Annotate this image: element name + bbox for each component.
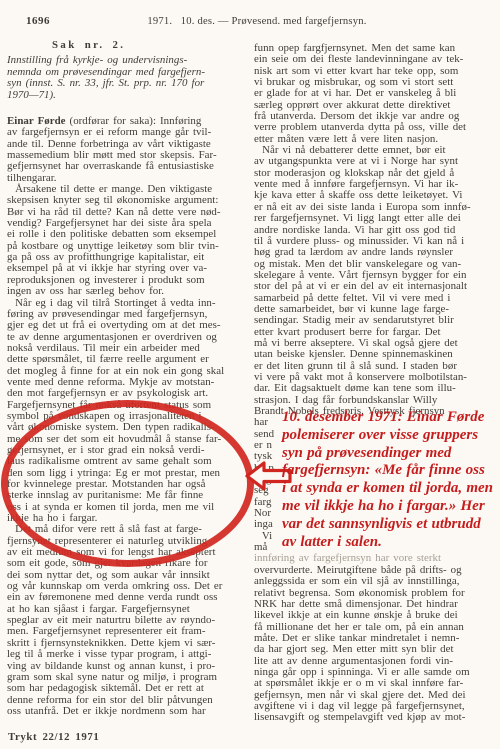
text-line: fargefjernsyn: «Me får finne oss [282, 462, 498, 480]
text-line: lisensavgift og stempelavgift ved kjøp a… [254, 712, 494, 723]
text-line: 1970—71). [7, 90, 245, 102]
running-title: 1971. 10. des. — Prøvesend. med fargefje… [0, 16, 500, 27]
text-line: høg grad ta lærdom av andre lands røynsl… [254, 247, 494, 258]
text-line: i at synda er komen til jorda, men [282, 480, 498, 498]
text-line: som har pedagogisk siktemål. Det er rett… [7, 683, 245, 694]
text-line: av latter i salen. [282, 534, 498, 552]
text-line: ingen av oss har særleg behov for. [7, 286, 245, 297]
text-line: sterke innslag av puritanisme: Me får fi… [7, 490, 245, 501]
text-line: at spørsmålet ikkje er o m vi skal innfø… [254, 678, 494, 689]
text-line: dette spørsmålet, til færre reelle argum… [7, 354, 245, 365]
margin-annotation: 10. desember 1971: Einar Førdepolemisere… [282, 409, 498, 551]
case-heading: Sak nr. 2. [52, 39, 125, 51]
case-citation: Innstilling frå kyrkje- og undervisnings… [7, 55, 245, 102]
text-line: me vil ikkje ha ho i fargar.» Her [282, 498, 498, 516]
text-line: Innstilling frå kyrkje- og undervisnings… [7, 55, 245, 67]
text-line: sendingar. Stadig meir av sendarutstyret… [254, 315, 494, 326]
text-line: gjer eg det ut frå ei overtyding om at d… [7, 320, 245, 331]
text-line: rer fargefjernsynet. Vi ligg langt etter… [254, 213, 494, 224]
text-line: likevel ikkje at ein kunne ønskje å bruk… [254, 610, 494, 621]
right-column-text: funn opep fargfjernsynet. Men det same k… [254, 43, 494, 724]
text-line: stor del på at vi er ein del av eit inte… [254, 281, 494, 292]
text-line: 10. desember 1971: Einar Førde [282, 409, 498, 427]
text-line: vårt økonomiske system. Den typen radika… [7, 422, 245, 433]
text-line: dar. Eit dagsaktuelt døme kan tene som i… [254, 383, 494, 394]
document-page: 1696 1971. 10. des. — Prøvesend. med far… [0, 0, 500, 749]
text-line: laus radikalisme omtrent av same gehalt … [7, 456, 245, 467]
text-line: polemiserer over visse gruppers [282, 427, 498, 445]
left-column-text: Einar Førde (ordførar for saka): Innføri… [7, 116, 245, 717]
text-line: den mot fargefjernsyn er av psykologisk … [7, 388, 245, 399]
text-line: syn på prøvesendinger med [282, 445, 498, 463]
text-line: utan beiske kjensler. Denne spinnemaskin… [254, 349, 494, 360]
print-footer: Trykt 22/12 1971 [8, 731, 99, 743]
text-line: leg til å merke i visse typar program, i… [7, 649, 245, 660]
text-line: var det sannsynligvis et utbrudd [282, 516, 498, 534]
text-line: oss utanfrå. Det er ikkje nordmenn som h… [7, 706, 245, 717]
text-line: ein seie om dei fleste landevinningane a… [254, 54, 494, 65]
text-line: da har gjort seg. Men etter mitt syn bli… [254, 644, 494, 655]
text-line: anleggssida er som ein vil sjå av innsti… [254, 576, 494, 587]
text-line: av fargefjernsyn er ei reform mange går … [7, 127, 245, 138]
